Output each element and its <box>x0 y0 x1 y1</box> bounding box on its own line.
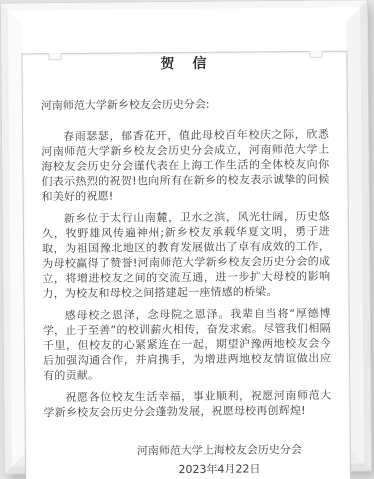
letter-paragraph-1: 春雨瑟瑟，郁香花开，值此母校百年校庆之际，欣悉河南师范大学新乡校友会历史分会成立… <box>41 127 330 205</box>
paper-clip-tab-left <box>48 53 61 60</box>
letter-signature: 河南师范大学上海校友会历史分会 <box>137 442 302 458</box>
letter-paragraph-2: 新乡位于太行山南麓，卫水之滨，风光壮阔，历史悠久，牧野雄风传遍神州;新乡校友承载… <box>42 209 331 302</box>
letter-salutation: 河南师范大学新乡校友会历史分会: <box>41 96 329 114</box>
signature-block: 河南师范大学上海校友会历史分会 2023年4月22日 <box>137 442 302 477</box>
letter-title: 贺 信 <box>40 52 328 75</box>
letter-paragraph-4: 祝愿各位校友生活幸福，事业顺利，祝愿河南师范大学新乡校友会历史分会蓬勃发展，祝愿… <box>43 388 331 421</box>
letter-paper: 贺 信 河南师范大学新乡校友会历史分会: 春雨瑟瑟，郁香花开，值此母校百年校庆之… <box>22 52 350 479</box>
picture-frame-inner-bevel: 贺 信 河南师范大学新乡校友会历史分会: 春雨瑟瑟，郁香花开，值此母校百年校庆之… <box>8 7 364 466</box>
photo-background: 贺 信 河南师范大学新乡校友会历史分会: 春雨瑟瑟，郁香花开，值此母校百年校庆之… <box>0 0 374 479</box>
picture-frame: 贺 信 河南师范大学新乡校友会历史分会: 春雨瑟瑟，郁香花开，值此母校百年校庆之… <box>1 0 371 473</box>
letter-date: 2023年4月22日 <box>137 461 302 477</box>
letter-paragraph-3: 感母校之恩泽，念母院之恩泽。我辈自当将“厚德博学，止于至善”的校训薪火相传，奋发… <box>43 306 332 384</box>
paper-clip-tab-right <box>309 51 322 58</box>
